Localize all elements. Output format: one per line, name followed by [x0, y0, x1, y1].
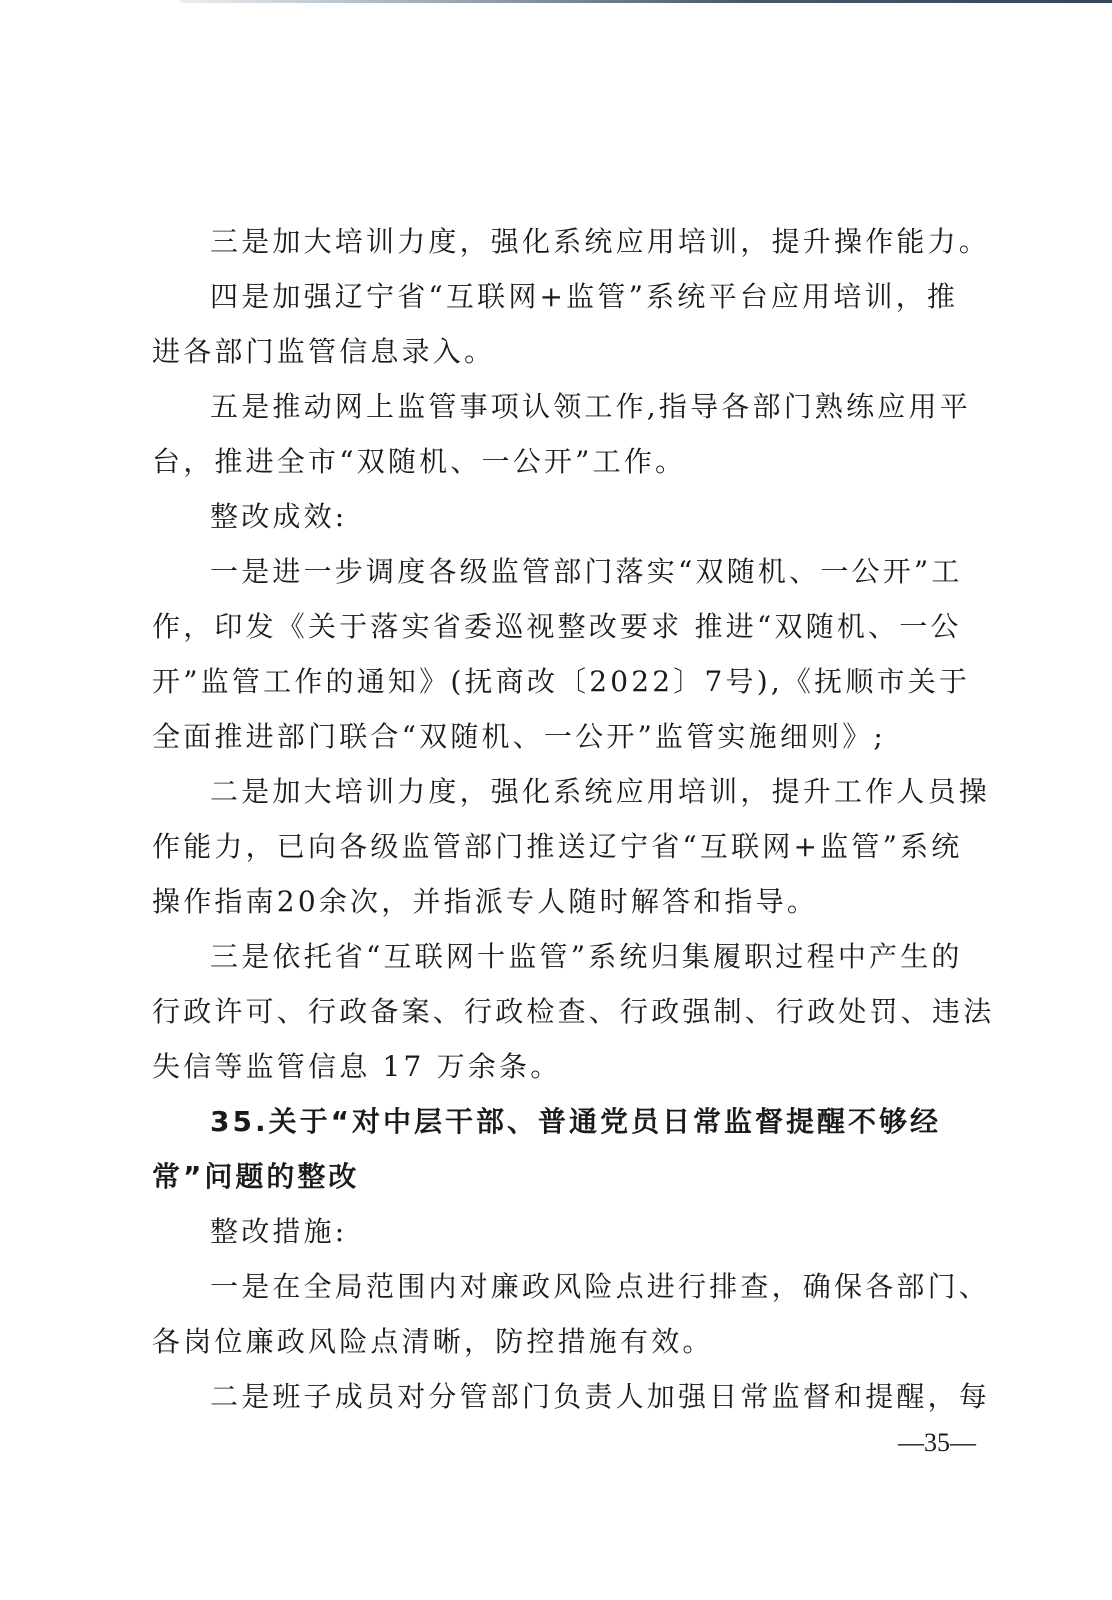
paragraph-line: 进各部门监管信息录入。 [152, 324, 960, 379]
paragraph-line: 操作指南20余次，并指派专人随时解答和指导。 [152, 874, 960, 929]
section-label-measures: 整改措施: [152, 1204, 960, 1259]
page-number: —35— [898, 1428, 976, 1458]
paragraph-line: 一是在全局范围内对廉政风险点进行排查，确保各部门、 [152, 1259, 960, 1314]
section-label-results: 整改成效: [152, 489, 960, 544]
paragraph-line: 作能力，已向各级监管部门推送辽宁省“互联网+监管”系统 [152, 819, 960, 874]
section-heading: 35.关于“对中层干部、普通党员日常监督提醒不够经 [152, 1094, 960, 1149]
section-heading: 常”问题的整改 [152, 1149, 960, 1204]
paragraph-line: 三是加大培训力度，强化系统应用培训，提升操作能力。 [152, 214, 960, 269]
paragraph-line: 台，推进全市“双随机、一公开”工作。 [152, 434, 960, 489]
paragraph-line: 行政许可、行政备案、行政检查、行政强制、行政处罚、违法 [152, 984, 960, 1039]
scan-edge-artifact [180, 0, 1112, 3]
paragraph-line: 作，印发《关于落实省委巡视整改要求 推进“双随机、一公 [152, 599, 960, 654]
paragraph-line: 失信等监管信息 17 万余条。 [152, 1039, 960, 1094]
paragraph-line: 全面推进部门联合“双随机、一公开”监管实施细则》; [152, 709, 960, 764]
document-body: 三是加大培训力度，强化系统应用培训，提升操作能力。 四是加强辽宁省“互联网+监管… [152, 214, 960, 1424]
paragraph-line: 二是加大培训力度，强化系统应用培训，提升工作人员操 [152, 764, 960, 819]
paragraph-line: 二是班子成员对分管部门负责人加强日常监督和提醒，每 [152, 1369, 960, 1424]
paragraph-line: 四是加强辽宁省“互联网+监管”系统平台应用培训，推 [152, 269, 960, 324]
paragraph-line: 各岗位廉政风险点清晰，防控措施有效。 [152, 1314, 960, 1369]
paragraph-line: 五是推动网上监管事项认领工作,指导各部门熟练应用平 [152, 379, 960, 434]
paragraph-line: 开”监管工作的通知》(抚商改〔2022〕7号),《抚顺市关于 [152, 654, 960, 709]
paragraph-line: 一是进一步调度各级监管部门落实“双随机、一公开”工 [152, 544, 960, 599]
paragraph-line: 三是依托省“互联网十监管”系统归集履职过程中产生的 [152, 929, 960, 984]
